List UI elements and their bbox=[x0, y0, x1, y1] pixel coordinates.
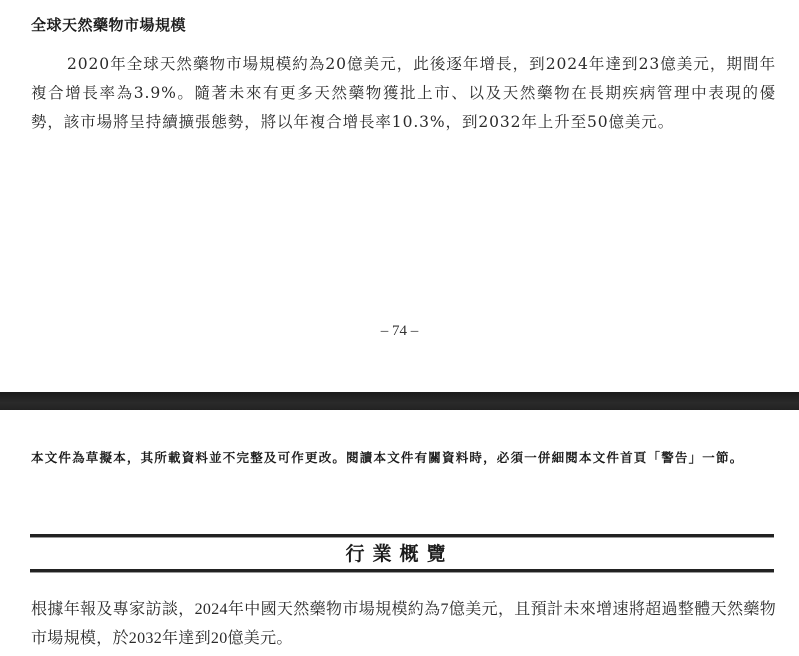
section-heading: 全球天然藥物市場規模 bbox=[31, 14, 186, 35]
chapter-header-rule-bottom bbox=[30, 569, 774, 573]
body-paragraph-china-market: 根據年報及專家訪談，2024年中國天然藥物市場規模約為7億美元，且預計未來增速將… bbox=[31, 595, 776, 653]
document-page-74: 全球天然藥物市場規模 2020年全球天然藥物市場規模約為20億美元，此後逐年增長… bbox=[0, 0, 799, 392]
page-number: – 74 – bbox=[0, 323, 799, 340]
chapter-header-rule-top bbox=[30, 534, 774, 538]
body-paragraph-global-market: 2020年全球天然藥物市場規模約為20億美元，此後逐年增長，到2024年達到23… bbox=[31, 50, 776, 137]
chapter-title: 行業概覽 bbox=[0, 539, 799, 566]
page-break-divider bbox=[0, 392, 799, 410]
draft-warning-notice: 本文件為草擬本，其所載資料並不完整及可作更改。閱讀本文件有關資料時，必須一併細閱… bbox=[31, 448, 776, 468]
